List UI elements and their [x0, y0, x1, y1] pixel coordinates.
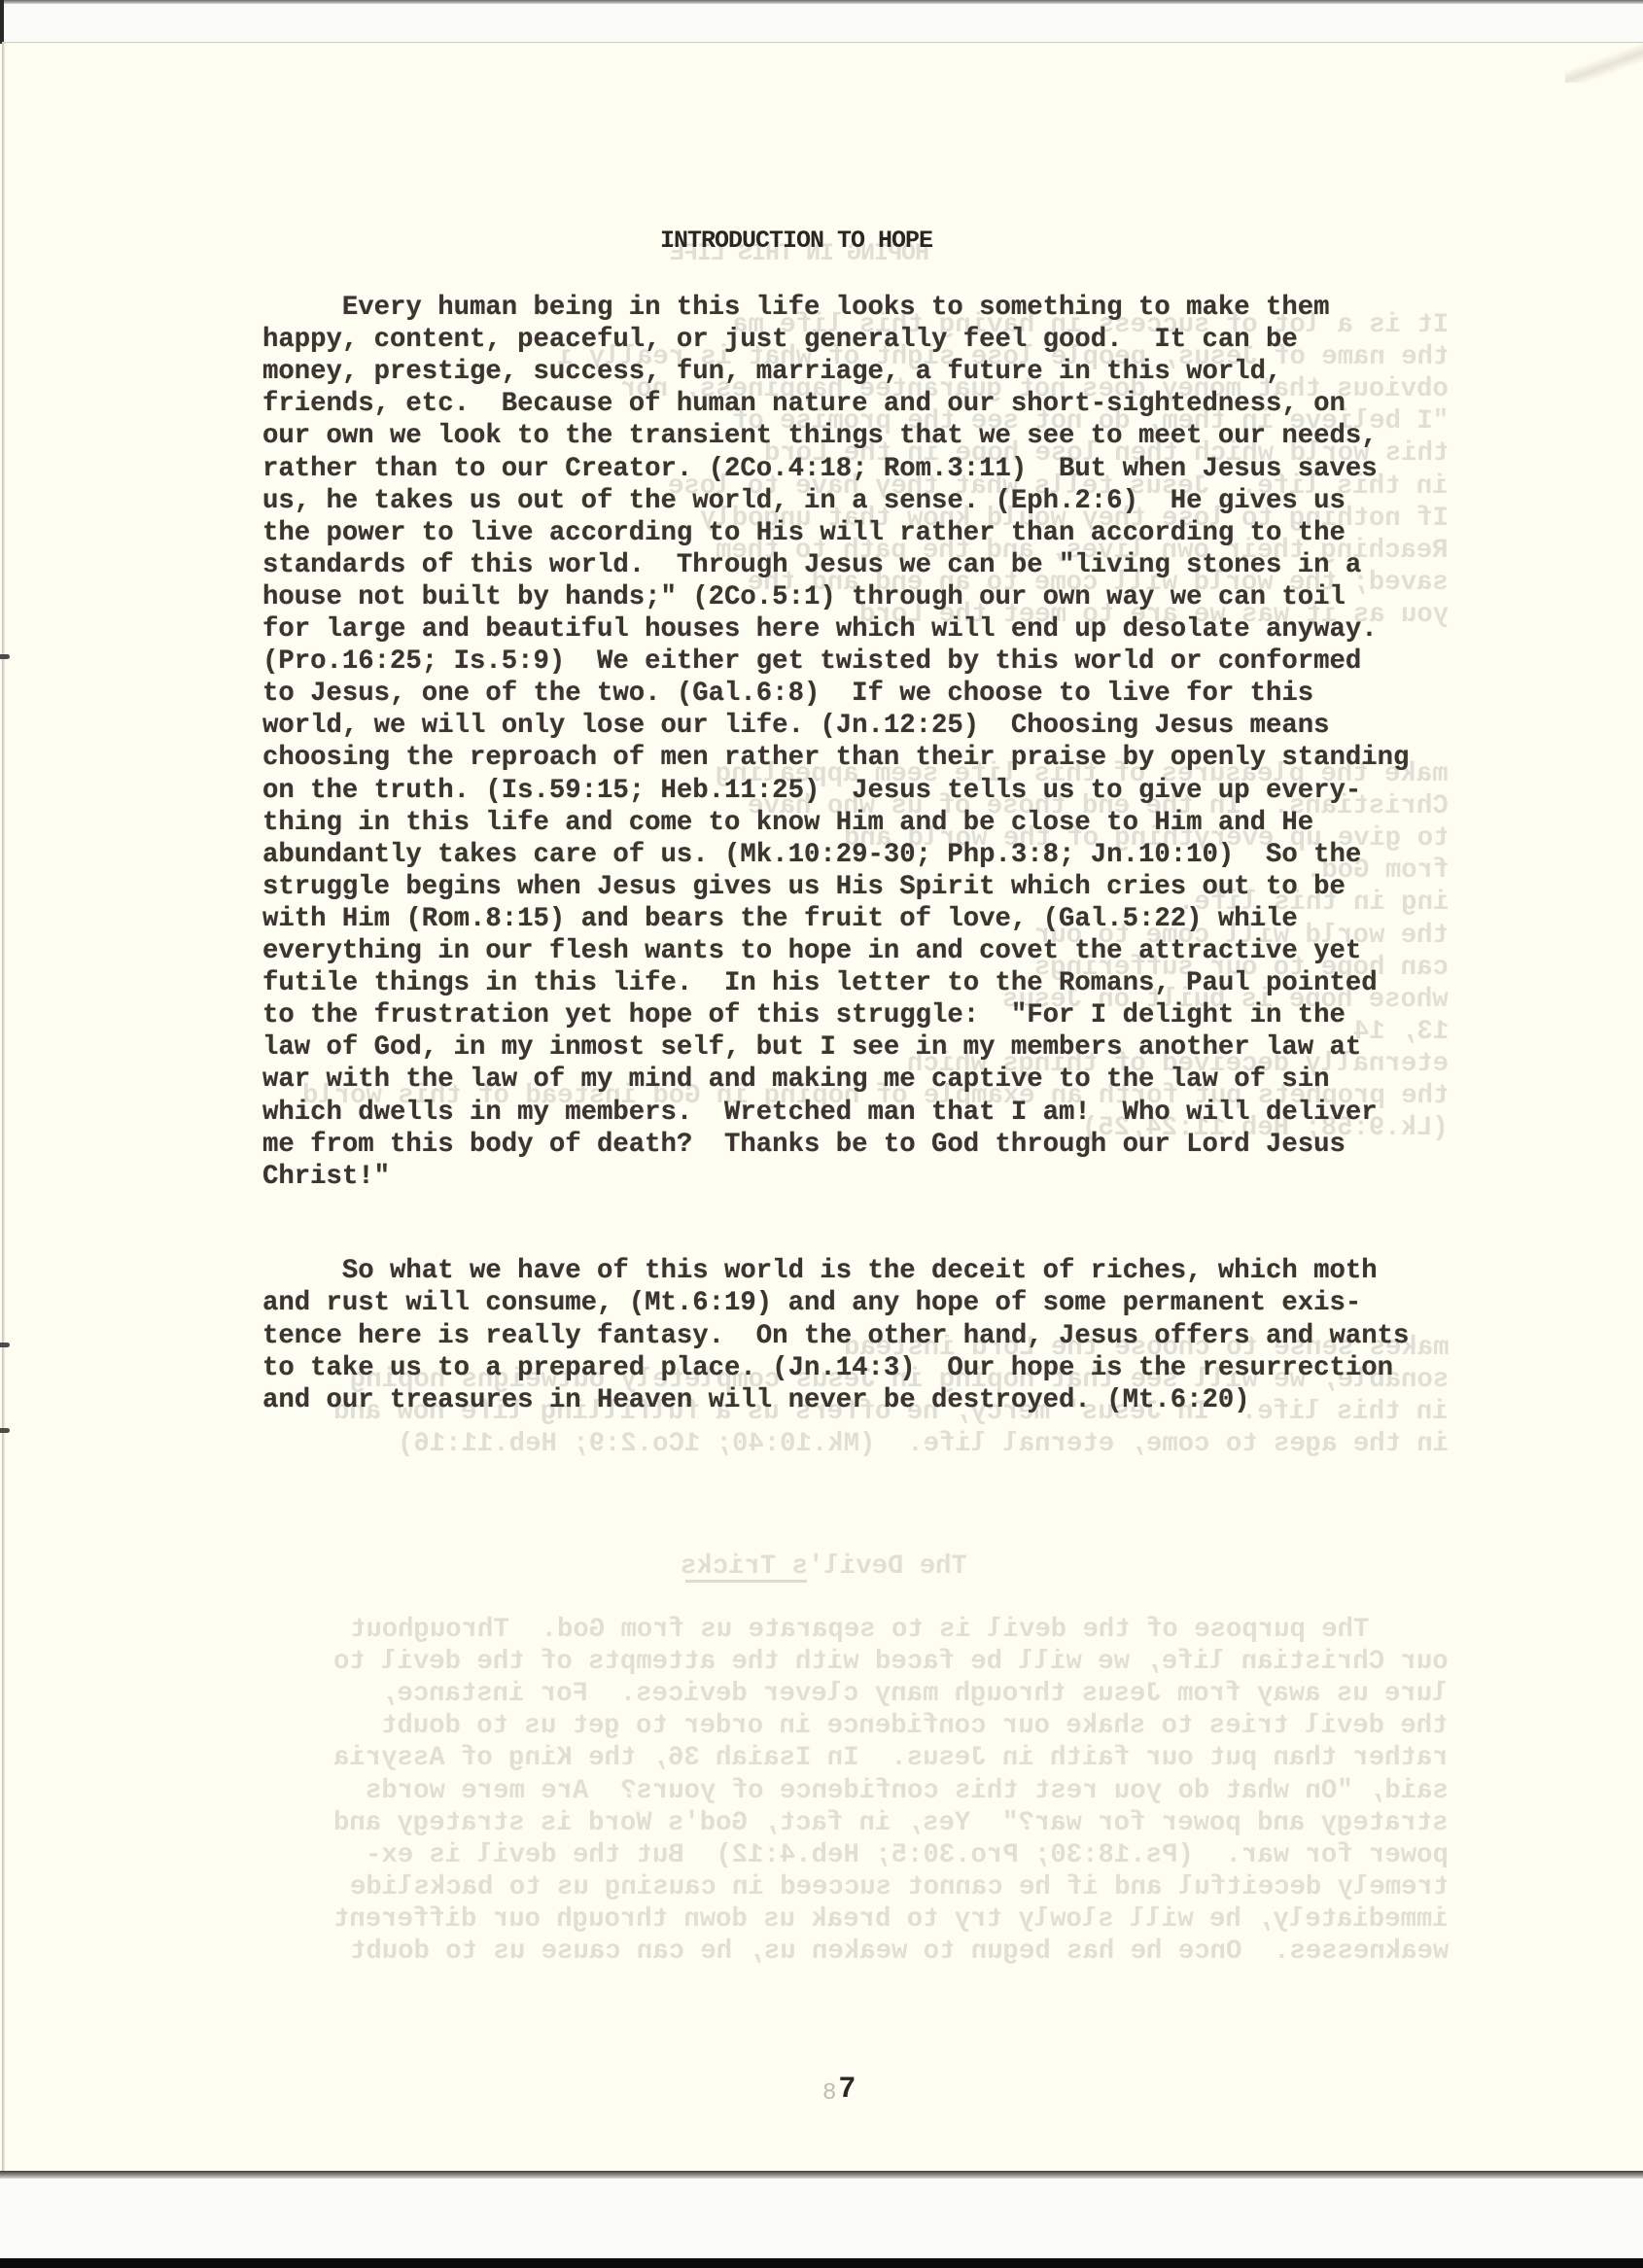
text-line: and our treasures in Heaven will never b…: [262, 1384, 1250, 1416]
show-through-line: weaknesses. Once he has begun to weaken …: [350, 1936, 1449, 1968]
show-through-section-heading: The Devil's Tricks: [681, 1551, 967, 1583]
scanner-bottom-edge: [0, 2258, 1643, 2268]
text-line: abundantly takes care of us. (Mk.10:29-3…: [262, 839, 1361, 871]
text-line: everything in our flesh wants to hope in…: [262, 935, 1361, 967]
text-line: to take us to a prepared place. (Jn.14:3…: [262, 1352, 1393, 1384]
show-through-line: the devil tries to shake our confidence …: [381, 1710, 1449, 1742]
show-through-line: said, "On what do you rest this confiden…: [366, 1775, 1449, 1807]
text-line: world, we will only lose our life. (Jn.1…: [262, 710, 1330, 742]
binding-hole-mark: [0, 654, 10, 659]
show-through-line: The purpose of the devil is to separate …: [350, 1614, 1449, 1646]
text-line: thing in this life and come to know Him …: [262, 807, 1313, 839]
text-line: with Him (Rom.8:15) and bears the fruit …: [262, 903, 1298, 935]
text-line: choosing the reproach of men rather than…: [262, 742, 1409, 774]
text-line: money, prestige, success, fun, marriage,…: [262, 356, 1281, 388]
page-corner-crease: [1565, 44, 1643, 83]
text-line: Every human being in this life looks to …: [262, 292, 1330, 324]
show-through-line: tremely deceitful and if he cannot succe…: [350, 1871, 1449, 1903]
text-line: happy, content, peaceful, or just genera…: [262, 324, 1298, 356]
show-through-line: power for war. (Ps.18:30; Pro.30:5; Heb.…: [366, 1839, 1449, 1871]
text-line: us, he takes us out of the world, in a s…: [262, 485, 1346, 517]
text-line: futile things in this life. In his lette…: [262, 967, 1378, 999]
show-through-line: in the ages to come, eternal life. (Mk.1…: [398, 1428, 1449, 1460]
text-line: (Pro.16:25; Is.5:9) We either get twiste…: [262, 646, 1361, 678]
page-number: 7: [839, 2072, 856, 2105]
text-line: rather than to our Creator. (2Co.4:18; R…: [262, 453, 1378, 485]
page-bottom-edge: [0, 2171, 1643, 2179]
scanner-left-edge: [0, 0, 4, 44]
text-line: war with the law of my mind and making m…: [262, 1064, 1330, 1096]
text-line: friends, etc. Because of human nature an…: [262, 388, 1346, 420]
text-line: to the frustration yet hope of this stru…: [262, 999, 1346, 1031]
text-line: standards of this world. Through Jesus w…: [262, 549, 1361, 581]
binding-hole-mark: [0, 1343, 10, 1347]
text-line: So what we have of this world is the dec…: [262, 1255, 1378, 1287]
text-line: law of God, in my inmost self, but I see…: [262, 1031, 1361, 1064]
text-line: house not built by hands;" (2Co.5:1) thr…: [262, 581, 1346, 613]
text-line: the power to live according to His will …: [262, 517, 1346, 549]
show-through-line: 13, 14: [1353, 1016, 1449, 1048]
show-through-line: lure us away from Jesus through many cle…: [381, 1678, 1449, 1710]
text-line: Christ!": [262, 1161, 390, 1193]
text-line: our own we look to the transient things …: [262, 420, 1378, 452]
text-line: tence here is really fantasy. On the oth…: [262, 1320, 1409, 1352]
text-line: to Jesus, one of the two. (Gal.6:8) If w…: [262, 678, 1313, 710]
scanner-top-edge: [0, 0, 1643, 4]
page-title: INTRODUCTION TO HOPE: [660, 225, 932, 257]
text-line: me from this body of death? Thanks be to…: [262, 1129, 1346, 1161]
show-through-line: strategy and power for war?" Yes, in fac…: [333, 1807, 1449, 1839]
show-through-line: our Christian life, we will be faced wit…: [333, 1646, 1449, 1678]
show-through-line: immediately, he will slowly try to break…: [333, 1903, 1449, 1936]
text-line: for large and beautiful houses here whic…: [262, 613, 1378, 646]
text-line: which dwells in my members. Wretched man…: [262, 1097, 1378, 1129]
text-line: on the truth. (Is.59:15; Heb.11:25) Jesu…: [262, 775, 1361, 807]
text-line: and rust will consume, (Mt.6:19) and any…: [262, 1287, 1361, 1319]
binding-hole-mark: [0, 1428, 10, 1433]
text-line: struggle begins when Jesus gives us His …: [262, 871, 1346, 903]
show-through-page-number: 8: [822, 2080, 836, 2107]
show-through-line: rather than put our faith in Jesus. In I…: [333, 1742, 1449, 1774]
